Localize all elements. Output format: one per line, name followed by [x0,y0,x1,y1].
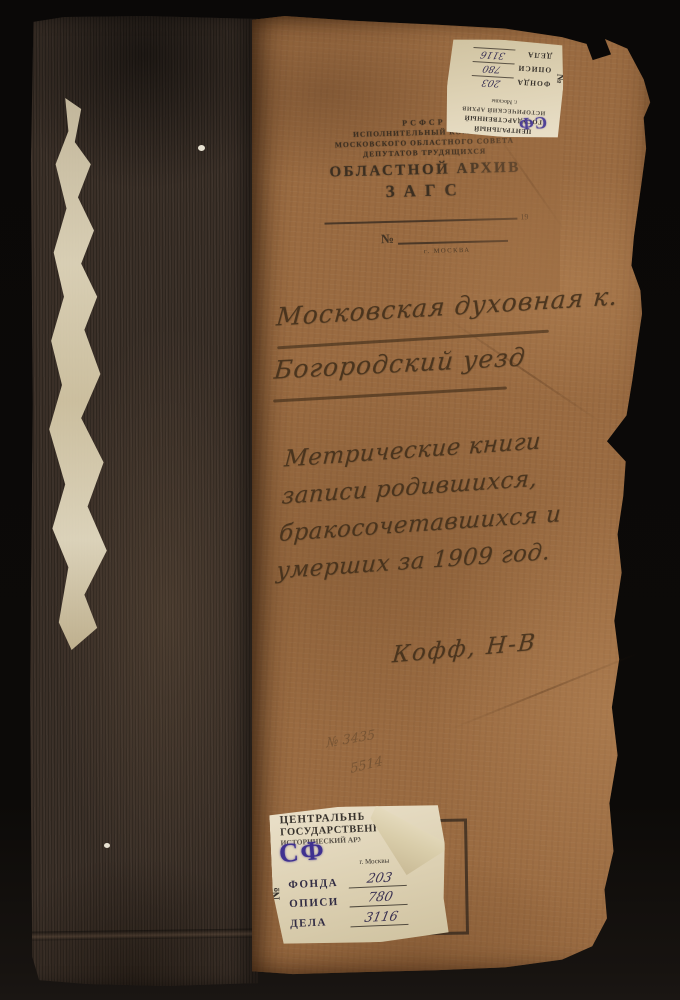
stamp-date-line: 19 [324,212,528,226]
label-row-opis: ОПИСИ 780 [289,890,410,910]
row-value-handwritten: 3116 [471,47,516,60]
photo-backdrop: РСФСР ИСПОЛНИТЕЛЬНЫЙ КОМИТЕТ МОСКОВСКОГО… [0,0,680,1000]
paper-speck [198,145,205,151]
row-value-handwritten: 780 [470,61,515,74]
oblast-archive-zags-stamp: РСФСР ИСПОЛНИТЕЛЬНЫЙ КОМИТЕТ МОСКОВСКОГО… [318,115,534,290]
row-label: ФОНДА [512,77,550,88]
row-label: ОПИСИ [289,895,351,910]
row-value-handwritten: 203 [469,75,514,88]
row-value-handwritten: 780 [350,890,411,908]
row-label: ДЕЛА [290,915,352,930]
stamp-number-line: № [381,228,503,247]
label-row-fond: ФОНДА 203 [288,870,409,890]
paper-speck [104,843,110,848]
archive-label-top: ЦЕНТРАЛЬНЫЙ ГОСУДАРСТВЕННЫЙ ИСТОРИЧЕСКИЙ… [444,37,566,141]
row-label: ДЕЛА [514,50,552,61]
label-row-opis: ОПИСИ 780 [471,61,552,77]
stamp-rule [324,218,517,225]
label-row-delo: ДЕЛА 3116 [290,909,411,929]
numero-sign: № [381,231,394,247]
row-label: ОПИСИ [513,63,551,74]
label-table: ФОНДА 203 ОПИСИ 780 ДЕЛА 3116 [470,47,552,94]
label-row-fond: ФОНДА 203 [470,75,551,91]
row-value-handwritten: 203 [349,870,410,888]
archive-label-bottom: ЦЕНТРАЛЬНЫЙ ГОСУДАРСТВЕННЫЙ ИСТОРИЧЕСКИЙ… [269,802,449,946]
label-row-delo: ДЕЛА 3116 [472,47,553,63]
sf-purple-stamp: СФ [517,112,547,134]
stamp-rule [398,240,508,245]
sf-purple-stamp: СФ [278,835,327,870]
label-table: ФОНДА 203 ОПИСИ 780 ДЕЛА 3116 [288,866,410,930]
stamp-year-prefix: 19 [520,212,528,221]
row-value-handwritten: 3116 [350,909,411,927]
handwritten-title-block: Метрические книги записи родившихся, бра… [275,422,568,591]
row-label: ФОНДА [288,876,350,891]
